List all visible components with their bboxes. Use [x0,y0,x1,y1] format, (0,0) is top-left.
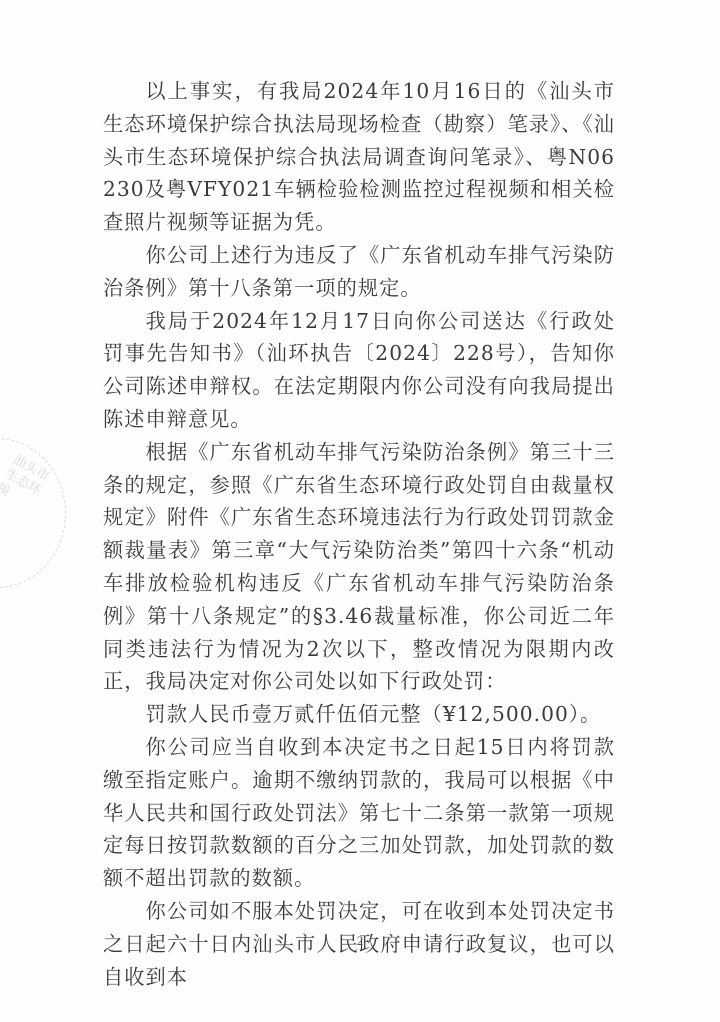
seal-text: 汕头市生态环境 [0,452,52,514]
official-seal-stamp: 汕头市生态环境 [0,438,66,588]
page-number: 2 [0,933,720,949]
paragraph-violation: 你公司上述行为违反了《广东省机动车排气污染防治条例》第十八条第一项的规定。 [103,239,615,305]
paragraph-legal-basis: 根据《广东省机动车排气污染防治条例》第三十三条的规定，参照《广东省生态环境行政处… [103,436,615,698]
document-body: 以上事实，有我局2024年10月16日的《汕头市生态环境保护综合执法局现场检查（… [103,75,615,993]
paragraph-prior-notice: 我局于2024年12月17日向你公司送达《行政处罚事先告知书》（汕环执告〔202… [103,305,615,436]
paragraph-evidence: 以上事实，有我局2024年10月16日的《汕头市生态环境保护综合执法局现场检查（… [103,75,615,239]
paragraph-fine-amount: 罚款人民币壹万贰仟伍佰元整（¥12,500.00）。 [103,698,615,731]
document-page: 汕头市生态环境 以上事实，有我局2024年10月16日的《汕头市生态环境保护综合… [0,0,720,1022]
paragraph-payment-terms: 你公司应当自收到本决定书之日起15日内将罚款缴至指定账户。逾期不缴纳罚款的，我局… [103,731,615,895]
